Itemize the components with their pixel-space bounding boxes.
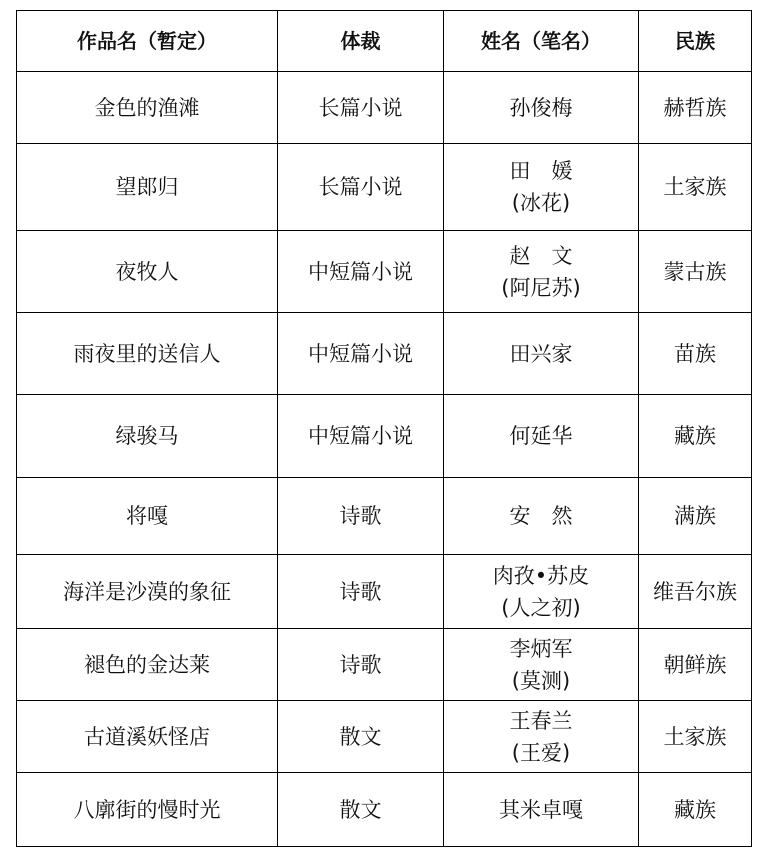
cell-title: 夜牧人 xyxy=(17,231,278,313)
cell-genre: 长篇小说 xyxy=(278,144,444,231)
cell-title: 绿骏马 xyxy=(17,395,278,478)
table-row: 绿骏马 中短篇小说 何延华 藏族 xyxy=(17,395,752,478)
cell-ethnicity: 土家族 xyxy=(639,701,752,773)
header-name: 姓名（笔名） xyxy=(444,11,639,72)
cell-ethnicity: 藏族 xyxy=(639,395,752,478)
cell-ethnicity: 蒙古族 xyxy=(639,231,752,313)
cell-name: 田 媛(冰花) xyxy=(444,144,639,231)
cell-name: 其米卓嘎 xyxy=(444,773,639,847)
author-pen-name: (人之初) xyxy=(444,592,638,624)
cell-genre: 长篇小说 xyxy=(278,72,444,144)
table-row: 古道溪妖怪店 散文 王春兰(王爱) 土家族 xyxy=(17,701,752,773)
table-row: 金色的渔滩 长篇小说 孙俊梅 赫哲族 xyxy=(17,72,752,144)
table-row: 将嘎 诗歌 安 然 满族 xyxy=(17,478,752,555)
author-name: 田 媛 xyxy=(444,155,638,187)
cell-genre: 中短篇小说 xyxy=(278,395,444,478)
author-pen-name: (莫测) xyxy=(444,665,638,697)
author-name: 何延华 xyxy=(444,420,638,452)
cell-title: 将嘎 xyxy=(17,478,278,555)
cell-title: 八廓街的慢时光 xyxy=(17,773,278,847)
cell-genre: 散文 xyxy=(278,701,444,773)
header-ethnicity: 民族 xyxy=(639,11,752,72)
cell-genre: 中短篇小说 xyxy=(278,231,444,313)
cell-ethnicity: 赫哲族 xyxy=(639,72,752,144)
author-name: 肉孜•苏皮 xyxy=(444,560,638,592)
cell-genre: 诗歌 xyxy=(278,478,444,555)
author-name: 李炳军 xyxy=(444,633,638,665)
author-name: 安 然 xyxy=(444,500,638,532)
author-name: 田兴家 xyxy=(444,338,638,370)
table-row: 八廓街的慢时光 散文 其米卓嘎 藏族 xyxy=(17,773,752,847)
header-row: 作品名（暂定） 体裁 姓名（笔名） 民族 xyxy=(17,11,752,72)
cell-title: 雨夜里的送信人 xyxy=(17,313,278,395)
author-name: 其米卓嘎 xyxy=(444,794,638,826)
table-row: 夜牧人 中短篇小说 赵 文(阿尼苏) 蒙古族 xyxy=(17,231,752,313)
cell-title: 古道溪妖怪店 xyxy=(17,701,278,773)
table-row: 褪色的金达莱 诗歌 李炳军(莫测) 朝鲜族 xyxy=(17,629,752,701)
author-name: 孙俊梅 xyxy=(444,92,638,124)
author-name: 王春兰 xyxy=(444,705,638,737)
table-row: 雨夜里的送信人 中短篇小说 田兴家 苗族 xyxy=(17,313,752,395)
cell-name: 赵 文(阿尼苏) xyxy=(444,231,639,313)
cell-title: 海洋是沙漠的象征 xyxy=(17,555,278,629)
cell-ethnicity: 土家族 xyxy=(639,144,752,231)
cell-title: 望郎归 xyxy=(17,144,278,231)
author-name: 赵 文 xyxy=(444,240,638,272)
cell-title: 金色的渔滩 xyxy=(17,72,278,144)
cell-name: 何延华 xyxy=(444,395,639,478)
cell-genre: 诗歌 xyxy=(278,555,444,629)
cell-ethnicity: 满族 xyxy=(639,478,752,555)
cell-ethnicity: 苗族 xyxy=(639,313,752,395)
table-row: 望郎归 长篇小说 田 媛(冰花) 土家族 xyxy=(17,144,752,231)
header-genre: 体裁 xyxy=(278,11,444,72)
cell-name: 安 然 xyxy=(444,478,639,555)
cell-name: 李炳军(莫测) xyxy=(444,629,639,701)
cell-title: 褪色的金达莱 xyxy=(17,629,278,701)
author-pen-name: (冰花) xyxy=(444,187,638,219)
header-title: 作品名（暂定） xyxy=(17,11,278,72)
cell-name: 田兴家 xyxy=(444,313,639,395)
cell-ethnicity: 维吾尔族 xyxy=(639,555,752,629)
author-pen-name: (阿尼苏) xyxy=(444,272,638,304)
works-table: 作品名（暂定） 体裁 姓名（笔名） 民族 金色的渔滩 长篇小说 孙俊梅 赫哲族 … xyxy=(16,10,752,847)
cell-name: 肉孜•苏皮(人之初) xyxy=(444,555,639,629)
cell-genre: 散文 xyxy=(278,773,444,847)
cell-genre: 诗歌 xyxy=(278,629,444,701)
cell-ethnicity: 藏族 xyxy=(639,773,752,847)
cell-ethnicity: 朝鲜族 xyxy=(639,629,752,701)
cell-name: 王春兰(王爱) xyxy=(444,701,639,773)
table-row: 海洋是沙漠的象征 诗歌 肉孜•苏皮(人之初) 维吾尔族 xyxy=(17,555,752,629)
author-pen-name: (王爱) xyxy=(444,737,638,769)
cell-genre: 中短篇小说 xyxy=(278,313,444,395)
cell-name: 孙俊梅 xyxy=(444,72,639,144)
